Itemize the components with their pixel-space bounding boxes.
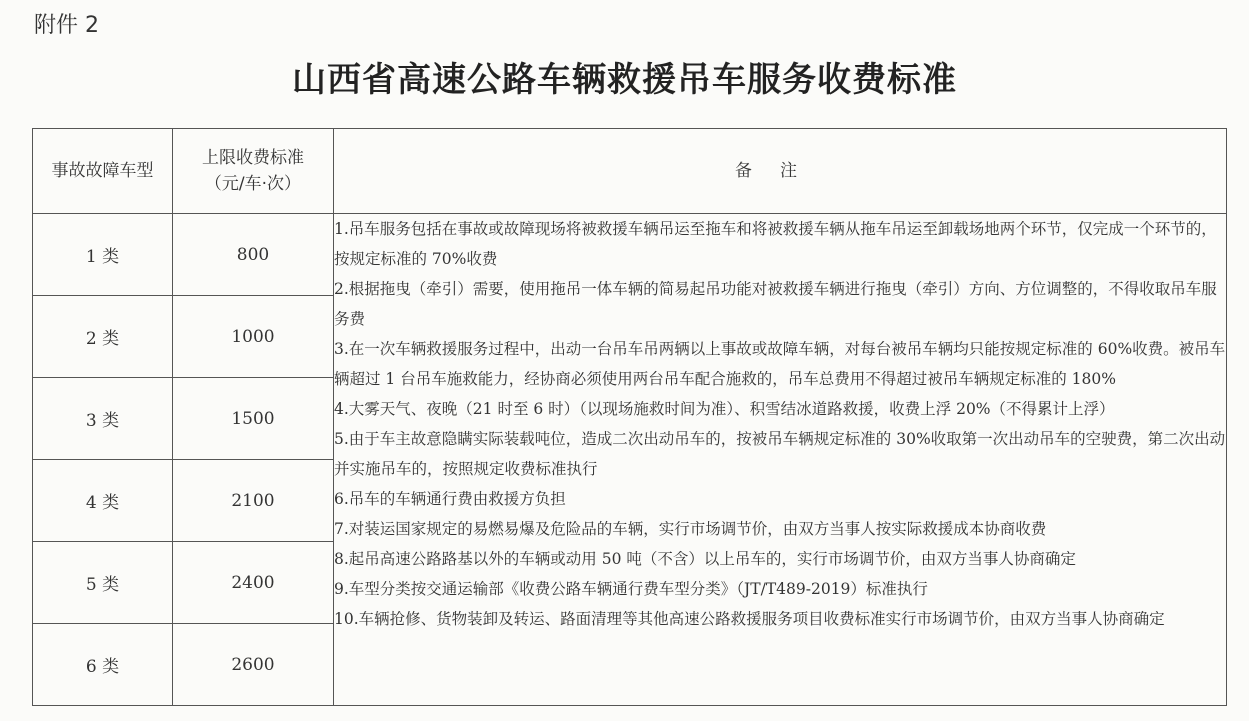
attachment-label: 附件 2: [34, 8, 99, 39]
fee-value: 2600: [173, 624, 334, 706]
fee-standard-table: 事故故障车型 上限收费标准 （元/车·次） 备注 1 类 800 1.吊车服务包…: [32, 128, 1227, 706]
note-item: 8.起吊高速公路路基以外的车辆或动用 50 吨（不含）以上吊车的，实行市场调节价…: [334, 544, 1226, 574]
note-item: 1.吊车服务包括在事故或故障现场将被救援车辆吊运至拖车和将被救援车辆从拖车吊运至…: [334, 214, 1226, 274]
fee-value: 2100: [173, 460, 334, 542]
fee-value: 1500: [173, 378, 334, 460]
vehicle-category: 1 类: [33, 214, 173, 296]
vehicle-category: 5 类: [33, 542, 173, 624]
note-item: 10.车辆抢修、货物装卸及转运、路面清理等其他高速公路救援服务项目收费标准实行市…: [334, 604, 1226, 634]
notes-cell: 1.吊车服务包括在事故或故障现场将被救援车辆吊运至拖车和将被救援车辆从拖车吊运至…: [334, 214, 1227, 706]
vehicle-category: 6 类: [33, 624, 173, 706]
note-item: 4.大雾天气、夜晚（21 时至 6 时）（以现场施救时间为准）、积雪结冰道路救援…: [334, 394, 1226, 424]
note-item: 3.在一次车辆救援服务过程中，出动一台吊车吊两辆以上事故或故障车辆，对每台被吊车…: [334, 334, 1226, 394]
document-title: 山西省高速公路车辆救援吊车服务收费标准: [0, 52, 1249, 101]
fee-value: 800: [173, 214, 334, 296]
vehicle-category: 3 类: [33, 378, 173, 460]
note-item: 2.根据拖曳（牵引）需要，使用拖吊一体车辆的简易起吊功能对被救援车辆进行拖曳（牵…: [334, 274, 1226, 334]
table-row: 1 类 800 1.吊车服务包括在事故或故障现场将被救援车辆吊运至拖车和将被救援…: [33, 214, 1227, 296]
note-item: 5.由于车主故意隐瞒实际装载吨位，造成二次出动吊车的，按被吊车辆规定标准的 30…: [334, 424, 1226, 484]
header-fee: 上限收费标准 （元/车·次）: [173, 129, 334, 214]
header-fee-line1: 上限收费标准: [173, 145, 333, 171]
note-item: 9.车型分类按交通运输部《收费公路车辆通行费车型分类》（JT/T489-2019…: [334, 574, 1226, 604]
fee-value: 1000: [173, 296, 334, 378]
table-header-row: 事故故障车型 上限收费标准 （元/车·次） 备注: [33, 129, 1227, 214]
fee-value: 2400: [173, 542, 334, 624]
vehicle-category: 2 类: [33, 296, 173, 378]
header-notes: 备注: [334, 129, 1227, 214]
note-item: 7.对装运国家规定的易燃易爆及危险品的车辆，实行市场调节价，由双方当事人按实际救…: [334, 514, 1226, 544]
vehicle-category: 4 类: [33, 460, 173, 542]
header-vehicle-type: 事故故障车型: [33, 129, 173, 214]
header-fee-line2: （元/车·次）: [173, 171, 333, 197]
note-item: 6.吊车的车辆通行费由救援方负担: [334, 484, 1226, 514]
